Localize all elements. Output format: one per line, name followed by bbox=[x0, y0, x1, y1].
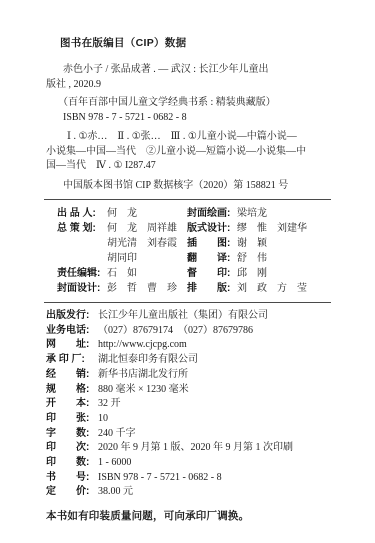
row-value: 谢 颖 bbox=[237, 238, 267, 249]
classification-line3: 国—当代 Ⅳ . ① I287.47 bbox=[46, 159, 331, 174]
cip-classification: Ⅰ . ①赤… Ⅱ . ①张… Ⅲ . ①儿童小说—中篇小说— 小说集—中国—当… bbox=[46, 130, 331, 174]
row-value: 32 开 bbox=[98, 398, 121, 409]
row-value: 刘 政 方 莹 bbox=[237, 283, 307, 294]
cip-copyright-page: 图书在版编目（CIP）数据 赤色小子 / 张品成著 . — 武汉 : 长江少年儿… bbox=[0, 0, 375, 543]
row-value: 38.00 元 bbox=[98, 486, 133, 497]
row-value: 长江少年儿童出版社（集团）有限公司 bbox=[98, 310, 268, 321]
row-label: 插 图: bbox=[187, 236, 233, 251]
series-note: （百年百部中国儿童文学经典书系 : 精装典藏版） bbox=[58, 96, 331, 111]
publication-row: 定 价:38.00 元 bbox=[46, 485, 331, 500]
row-value: 240 千字 bbox=[98, 428, 136, 439]
row-label: 督 印: bbox=[187, 266, 233, 281]
staff-row: 胡同印 bbox=[57, 251, 187, 266]
cip-record-number: 中国版本图书馆 CIP 数据核字（2020）第 158821 号 bbox=[63, 179, 331, 194]
staff-row: 出 品 人:何 龙 bbox=[57, 206, 187, 221]
row-label: 责任编辑: bbox=[57, 266, 103, 281]
row-label: 印 张: bbox=[46, 412, 94, 427]
staff-row: 胡光清 刘春霞 bbox=[57, 236, 187, 251]
row-value: 梁培龙 bbox=[237, 208, 267, 219]
publication-row: 印 张:10 bbox=[46, 412, 331, 427]
row-value: 1 - 6000 bbox=[98, 457, 131, 468]
publication-row: 出版发行:长江少年儿童出版社（集团）有限公司 bbox=[46, 309, 331, 324]
publication-row: 书 号:ISBN 978 - 7 - 5721 - 0682 - 8 bbox=[46, 471, 331, 486]
cip-header: 图书在版编目（CIP）数据 bbox=[60, 36, 331, 50]
staff-row: 封面绘画:梁培龙 bbox=[187, 206, 331, 221]
row-label: 印 数: bbox=[46, 456, 94, 471]
row-label: 总 策 划: bbox=[57, 221, 103, 236]
publication-row: 经 销:新华书店湖北发行所 bbox=[46, 368, 331, 383]
publication-row: 规 格:880 毫米 × 1230 毫米 bbox=[46, 383, 331, 398]
row-label: 版式设计: bbox=[187, 221, 233, 236]
row-value: ISBN 978 - 7 - 5721 - 0682 - 8 bbox=[98, 472, 222, 483]
divider-top bbox=[44, 199, 331, 200]
row-value: 10 bbox=[98, 413, 108, 424]
staff-row: 责任编辑:石 如 bbox=[57, 266, 187, 281]
divider-bottom bbox=[44, 302, 331, 303]
isbn-line: ISBN 978 - 7 - 5721 - 0682 - 8 bbox=[63, 111, 331, 126]
row-value: 何 龙 周祥雄 bbox=[107, 223, 177, 234]
row-value: 胡同印 bbox=[107, 253, 137, 264]
row-value: 880 毫米 × 1230 毫米 bbox=[98, 384, 189, 395]
row-label: 出版发行: bbox=[46, 309, 94, 324]
row-value: 邱 刚 bbox=[237, 268, 267, 279]
row-label: 封面设计: bbox=[57, 281, 103, 296]
staff-row: 封面设计:彭 哲 曹 珍 bbox=[57, 281, 187, 296]
staff-row: 版式设计:缪 惟 刘建华 bbox=[187, 221, 331, 236]
footer-note: 本书如有印装质量问题，可向承印厂调换。 bbox=[46, 509, 331, 524]
row-label: 开 本: bbox=[46, 397, 94, 412]
classification-line2: 小说集—中国—当代 ②儿童小说—短篇小说—小说集—中 bbox=[46, 145, 331, 160]
staff-block: 出 品 人:何 龙 总 策 划:何 龙 周祥雄 胡光清 刘春霞 胡同印 责任编辑… bbox=[57, 206, 331, 296]
row-label: 出 品 人: bbox=[57, 206, 103, 221]
row-label: 规 格: bbox=[46, 383, 94, 398]
staff-column-left: 出 品 人:何 龙 总 策 划:何 龙 周祥雄 胡光清 刘春霞 胡同印 责任编辑… bbox=[57, 206, 187, 296]
row-label: 定 价: bbox=[46, 485, 94, 500]
publication-row: 网 址:http://www.cjcpg.com bbox=[46, 338, 331, 353]
staff-column-right: 封面绘画:梁培龙 版式设计:缪 惟 刘建华 插 图:谢 颖 翻 译:舒 伟 督 … bbox=[187, 206, 331, 296]
cip-entry: 赤色小子 / 张品成著 . — 武汉 : 长江少年儿童出 版社 , 2020.9 bbox=[46, 63, 331, 92]
row-value: （027）87679174 （027）87679786 bbox=[98, 325, 253, 336]
row-value: 石 如 bbox=[107, 268, 137, 279]
row-value: 缪 惟 刘建华 bbox=[237, 223, 307, 234]
publication-row: 业务电话:（027）87679174 （027）87679786 bbox=[46, 324, 331, 339]
publication-row: 印 次:2020 年 9 月第 1 版、2020 年 9 月第 1 次印刷 bbox=[46, 441, 331, 456]
row-label: 字 数: bbox=[46, 427, 94, 442]
staff-row: 排 版:刘 政 方 莹 bbox=[187, 281, 331, 296]
row-value: 湖北恒泰印务有限公司 bbox=[98, 354, 198, 365]
publication-row: 承 印 厂:湖北恒泰印务有限公司 bbox=[46, 353, 331, 368]
staff-row: 翻 译:舒 伟 bbox=[187, 251, 331, 266]
row-value: http://www.cjcpg.com bbox=[98, 339, 187, 350]
row-value: 彭 哲 曹 珍 bbox=[107, 283, 177, 294]
row-label: 网 址: bbox=[46, 338, 94, 353]
publication-row: 开 本:32 开 bbox=[46, 397, 331, 412]
row-label: 翻 译: bbox=[187, 251, 233, 266]
row-label: 排 版: bbox=[187, 281, 233, 296]
row-label: 业务电话: bbox=[46, 324, 94, 339]
row-value: 舒 伟 bbox=[237, 253, 267, 264]
row-label: 印 次: bbox=[46, 441, 94, 456]
row-label: 经 销: bbox=[46, 368, 94, 383]
classification-line1: Ⅰ . ①赤… Ⅱ . ①张… Ⅲ . ①儿童小说—中篇小说— bbox=[46, 130, 331, 145]
row-value: 何 龙 bbox=[107, 208, 137, 219]
publication-block: 出版发行:长江少年儿童出版社（集团）有限公司 业务电话:（027）8767917… bbox=[46, 309, 331, 500]
row-value: 新华书店湖北发行所 bbox=[98, 369, 188, 380]
publication-row: 字 数:240 千字 bbox=[46, 427, 331, 442]
cip-entry-line2: 版社 , 2020.9 bbox=[46, 78, 331, 93]
row-value: 2020 年 9 月第 1 版、2020 年 9 月第 1 次印刷 bbox=[98, 442, 293, 453]
row-label: 封面绘画: bbox=[187, 206, 233, 221]
staff-row: 插 图:谢 颖 bbox=[187, 236, 331, 251]
publication-row: 印 数:1 - 6000 bbox=[46, 456, 331, 471]
row-value: 胡光清 刘春霞 bbox=[107, 238, 177, 249]
cip-entry-line1: 赤色小子 / 张品成著 . — 武汉 : 长江少年儿童出 bbox=[46, 63, 331, 78]
row-label: 承 印 厂: bbox=[46, 353, 94, 368]
row-label: 书 号: bbox=[46, 471, 94, 486]
staff-row: 总 策 划:何 龙 周祥雄 bbox=[57, 221, 187, 236]
staff-row: 督 印:邱 刚 bbox=[187, 266, 331, 281]
